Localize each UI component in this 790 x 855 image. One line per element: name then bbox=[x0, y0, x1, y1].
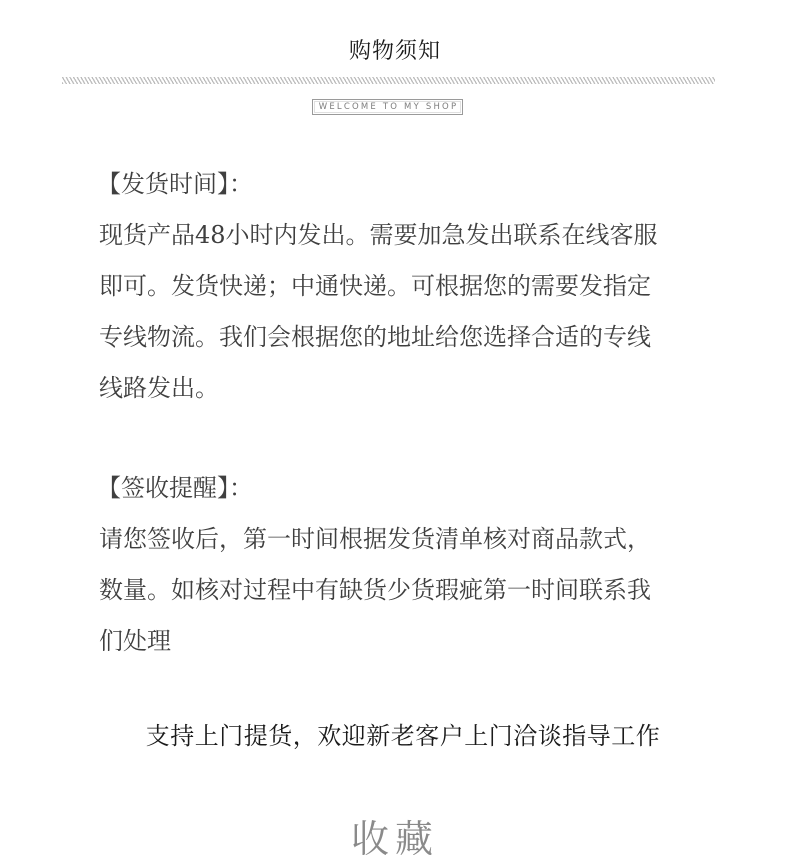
section-line: 线路发出。 bbox=[99, 363, 709, 414]
hatched-divider bbox=[62, 77, 715, 84]
section-line: 们处理 bbox=[99, 616, 709, 667]
section-line: 专线物流。我们会根据您的地址给您选择合适的专线 bbox=[99, 312, 709, 363]
section-line: 现货产品48小时内发出。需要加急发出联系在线客服 bbox=[99, 210, 709, 261]
receipt-reminder-section: 【签收提醒】： 请您签收后，第一时间根据发货清单核对商品款式， 数量。如核对过程… bbox=[99, 463, 709, 667]
section-heading: 【发货时间】： bbox=[97, 159, 709, 210]
section-line: 请您签收后，第一时间根据发货清单核对商品款式， bbox=[99, 514, 709, 565]
shipping-time-section: 【发货时间】： 现货产品48小时内发出。需要加急发出联系在线客服 即可。发货快递… bbox=[99, 159, 709, 414]
section-line: 数量。如核对过程中有缺货少货瑕疵第一时间联系我 bbox=[99, 565, 709, 616]
support-notice: 支持上门提货，欢迎新老客户上门洽谈指导工作 bbox=[0, 716, 790, 751]
section-heading: 【签收提醒】： bbox=[97, 463, 709, 514]
welcome-badge: WELCOME TO MY SHOP bbox=[312, 99, 463, 115]
section-line: 即可。发货快递；中通快递。可根据您的需要发指定 bbox=[99, 261, 709, 312]
page-title: 购物须知 bbox=[0, 34, 790, 65]
collect-button[interactable]: 收藏 bbox=[0, 808, 790, 855]
